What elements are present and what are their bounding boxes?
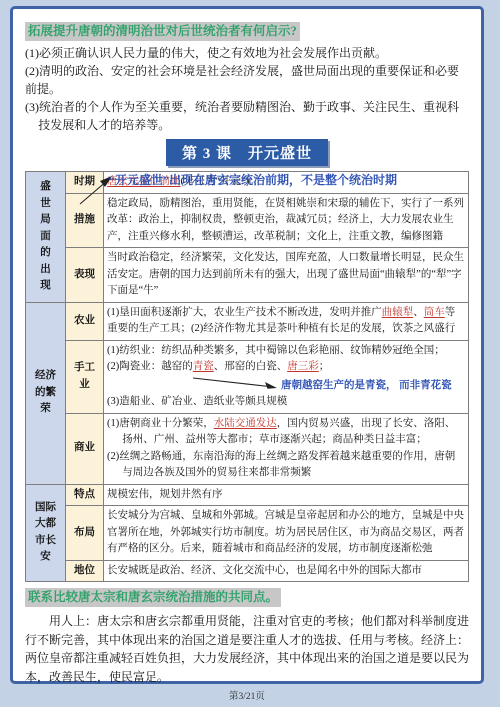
expand-point: (3)统治者的个人作为至关重要，统治者要励精图治、勤于政事、关注民生、重视科技发… [25, 98, 469, 134]
annotation-blue-text: 唐朝越窑生产的是青瓷， 而非青花瓷 [281, 380, 452, 391]
cell-text: (3)造船业、矿冶业、造纸业等颇具规模 [107, 396, 287, 407]
row-content-cell: 规模宏伟，规划井然有序 [104, 484, 469, 506]
lesson-title-wrap: 第 3 课 开元盛世 [25, 139, 469, 166]
compare-section: 联系比较唐太宗和唐玄宗统治措施的共同点。 用人上：唐太宗和唐玄宗都重用贤能，注重… [25, 588, 469, 686]
row-label-cell: 商业 [66, 413, 104, 484]
cell-text: 规模宏伟，规划井然有序 [107, 489, 223, 500]
table-row: 表现当时政治稳定，经济繁荣，文化发达，国库充盈，人口数量增长明显，民众生活安定。… [26, 248, 469, 303]
row-content-cell: 稳定政局，励精图治，重用贤能，在贤相姚崇和宋璟的辅佐下，实行了一系列改革：政治上… [104, 193, 469, 248]
row-content-cell: (1)纺织业：纺织品种类繁多，其中蜀锦以色彩艳丽、纹饰精妙冠绝全国；(2)陶瓷业… [104, 340, 469, 413]
cell-text: (1)唐朝商业十分繁荣， [107, 418, 214, 429]
page: { "expand": { "header": "拓展提升唐朝的清明治世对后世统… [0, 0, 500, 707]
cell-text: (2)陶瓷业：越窑的 [107, 361, 193, 372]
expand-point: (2)清明的政治、安定的社会环境是社会经济发展，盛世局面出现的重要保证和必要前提… [25, 62, 469, 98]
group-title-cell: 盛世局面的出现 [26, 172, 66, 303]
table-row: 地位长安城既是政治、经济、文化交流中心，也是闻名中外的国际大都市 [26, 560, 469, 582]
cell-text: 稳定政局，励精图治，重用贤能，在贤相姚崇和宋璟的辅佐下，实行了一系列改革：政治上… [107, 198, 464, 242]
highlight-red-text: 青瓷 [193, 361, 214, 372]
table-row: 商业(1)唐朝商业十分繁荣，水陆交通发达，国内贸易兴盛，出现了长安、洛阳、扬州、… [26, 413, 469, 484]
row-content-cell: 当时政治稳定，经济繁荣，文化发达，国库充盈，人口数量增长明显，民众生活安定。唐朝… [104, 248, 469, 303]
row-label-cell: 手工业 [66, 340, 104, 413]
cell-text: 长安城分为宫城、皇城和外郭城。宫城是皇帝起居和办公的地方，皇城是中央官署所在地，… [107, 510, 464, 554]
group-title-cell: 国际大都市长安 [26, 484, 66, 582]
cell-text: 、 [413, 307, 424, 318]
row-content-cell: (1)唐朝商业十分繁荣，水陆交通发达，国内贸易兴盛，出现了长安、洛阳、扬州、广州… [104, 413, 469, 484]
lesson-title: 第 3 课 开元盛世 [166, 139, 328, 166]
lesson-annotation: “开元盛世”出现在唐玄宗统治前期，不是整个统治时期 [109, 171, 397, 188]
row-label-cell: 表现 [66, 248, 104, 303]
compare-paragraph: 用人上：唐太宗和唐玄宗都重用贤能，注重对官吏的考核；他们都对科举制度进行不断完善… [25, 612, 469, 686]
expand-point: (1)必须正确认识人民力量的伟大，使之有效地为社会发展作出贡献。 [25, 44, 469, 62]
expand-section-header: 拓展提升唐朝的清明治世对后世统治者有何启示? [25, 22, 300, 41]
highlight-red-text: 曲辕犁 [382, 307, 414, 318]
row-content-cell: 长安城既是政治、经济、文化交流中心，也是闻名中外的国际大都市 [104, 560, 469, 582]
table-row: 经济的繁荣农业(1)垦田面积逐渐扩大，农业生产技术不断改进，发明并推广曲辕犁、筒… [26, 302, 469, 340]
row-content-cell: (1)垦田面积逐渐扩大，农业生产技术不断改进，发明并推广曲辕犁、筒车等重要的生产… [104, 302, 469, 340]
highlight-red-text: 唐三彩 [287, 361, 319, 372]
cell-text: 、邢窑的白瓷、 [214, 361, 288, 372]
row-label-cell: 布局 [66, 506, 104, 561]
page-footer: 第3/21页 [25, 686, 469, 702]
table-row: 手工业(1)纺织业：纺织品种类繁多，其中蜀锦以色彩艳丽、纹饰精妙冠绝全国；(2)… [26, 340, 469, 413]
annotation-arrow-icon [193, 376, 279, 391]
highlight-red-text: 水陆交通发达 [214, 418, 277, 429]
compare-section-header: 联系比较唐太宗和唐玄宗统治措施的共同点。 [25, 588, 281, 607]
table-row: 国际大都市长安特点规模宏伟，规划井然有序 [26, 484, 469, 506]
row-label-cell: 农业 [66, 302, 104, 340]
document-page: 拓展提升唐朝的清明治世对后世统治者有何启示? (1)必须正确认识人民力量的伟大，… [10, 6, 484, 684]
group-title-cell: 经济的繁荣 [26, 302, 66, 484]
cell-text: 长安城既是政治、经济、文化交流中心，也是闻名中外的国际大都市 [107, 565, 422, 576]
notes-table: 盛世局面的出现时期唐玄宗在位前期(年号为“开元”)措施稳定政局，励精图治，重用贤… [25, 171, 469, 582]
cell-text: (1)垦田面积逐渐扩大，农业生产技术不断改进，发明并推广 [107, 307, 382, 318]
row-content-cell: 长安城分为宫城、皇城和外郭城。宫城是皇帝起居和办公的地方，皇城是中央官署所在地，… [104, 506, 469, 561]
highlight-red-text: 筒车 [424, 307, 445, 318]
row-label-cell: 地位 [66, 560, 104, 582]
table-row: 布局长安城分为宫城、皇城和外郭城。宫城是皇帝起居和办公的地方，皇城是中央官署所在… [26, 506, 469, 561]
cell-text: (1)纺织业：纺织品种类繁多，其中蜀锦以色彩艳丽、纹饰精妙冠绝全国； [107, 345, 445, 356]
expand-points-list: (1)必须正确认识人民力量的伟大，使之有效地为社会发展作出贡献。(2)清明的政治… [25, 44, 469, 134]
cell-text: (2)丝绸之路畅通，东南沿海的海上丝绸之路发挥着越来越重要的作用，唐朝与周边各族… [107, 451, 455, 479]
cell-text: ； [319, 361, 330, 372]
cell-text: 当时政治稳定，经济繁荣，文化发达，国库充盈，人口数量增长明显，民众生活安定。唐朝… [107, 252, 464, 296]
row-label-cell: 特点 [66, 484, 104, 506]
